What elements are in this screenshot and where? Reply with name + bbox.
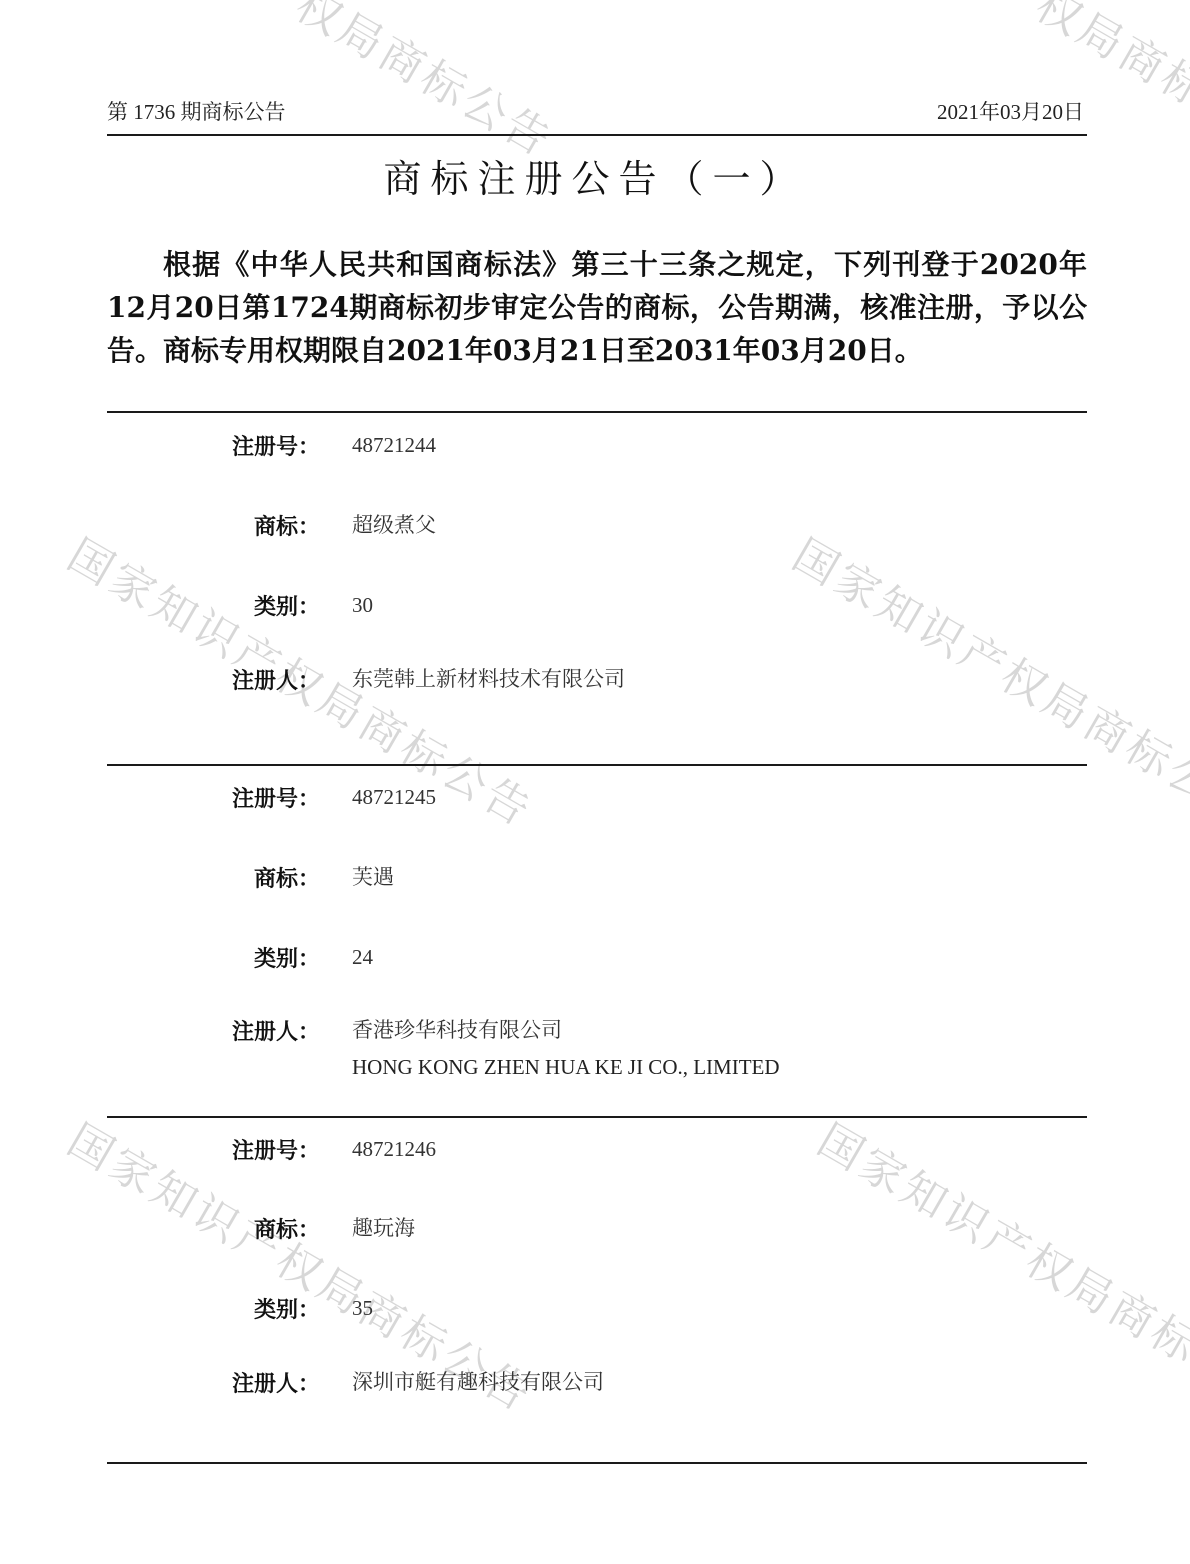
- registrant-label: 注册人：: [232, 1367, 320, 1398]
- mark-field: 商标： 芙遇: [0, 862, 1190, 892]
- reg-no-field: 注册号： 48721244: [0, 430, 1190, 460]
- section-divider: [107, 764, 1087, 766]
- reg-no-label: 注册号：: [232, 782, 320, 813]
- announcement-page: 国家知识产权局商标公告 国家知识产权局商标公告 国家知识产权局商标公告 国家知识…: [0, 0, 1190, 1564]
- registrant-field: 注册人： 香港珍华科技有限公司 HONG KONG ZHEN HUA KE JI…: [0, 1015, 1190, 1045]
- reg-no-label: 注册号：: [232, 430, 320, 461]
- header-divider: [107, 134, 1087, 136]
- registrant-label: 注册人：: [232, 1015, 320, 1046]
- reg-no-field: 注册号： 48721245: [0, 782, 1190, 812]
- registrant-value: 深圳市艇有趣科技有限公司: [352, 1367, 604, 1397]
- mark-value: 超级煮父: [352, 510, 436, 540]
- page-title: 商标注册公告（一）: [0, 148, 1190, 203]
- reg-no-value: 48721244: [352, 430, 436, 460]
- reg-no-value: 48721245: [352, 782, 436, 812]
- class-field: 类别： 30: [0, 590, 1190, 620]
- class-label: 类别：: [254, 942, 320, 973]
- mark-label: 商标：: [254, 862, 320, 893]
- mark-label: 商标：: [254, 510, 320, 541]
- class-value: 30: [352, 590, 373, 620]
- mark-value: 芙遇: [352, 862, 394, 892]
- watermark: 国家知识产权局商标公告: [78, 0, 567, 169]
- registrant-value: 东莞韩上新材料技术有限公司: [352, 664, 625, 694]
- class-value: 35: [352, 1293, 373, 1323]
- class-label: 类别：: [254, 590, 320, 621]
- registrant-label: 注册人：: [232, 664, 320, 695]
- issue-date: 2021年03月20日: [937, 96, 1084, 126]
- section-divider: [107, 1116, 1087, 1118]
- class-field: 类别： 24: [0, 942, 1190, 972]
- class-value: 24: [352, 942, 373, 972]
- section-divider: [107, 1462, 1087, 1464]
- class-label: 类别：: [254, 1293, 320, 1324]
- reg-no-field: 注册号： 48721246: [0, 1134, 1190, 1164]
- mark-value: 趣玩海: [352, 1213, 415, 1243]
- reg-no-value: 48721246: [352, 1134, 436, 1164]
- watermark: 国家知识产权局商标公告: [818, 0, 1190, 169]
- intro-paragraph: 根据《中华人民共和国商标法》第三十三条之规定，下列刊登于2020年12月20日第…: [107, 243, 1087, 372]
- registrant-value: 香港珍华科技有限公司 HONG KONG ZHEN HUA KE JI CO.,…: [352, 1015, 780, 1082]
- mark-field: 商标： 超级煮父: [0, 510, 1190, 540]
- mark-label: 商标：: [254, 1213, 320, 1244]
- mark-field: 商标： 趣玩海: [0, 1213, 1190, 1243]
- class-field: 类别： 35: [0, 1293, 1190, 1323]
- reg-no-label: 注册号：: [232, 1134, 320, 1165]
- registrant-name-en: HONG KONG ZHEN HUA KE JI CO., LIMITED: [352, 1052, 780, 1082]
- registrant-field: 注册人： 深圳市艇有趣科技有限公司: [0, 1367, 1190, 1397]
- registrant-field: 注册人： 东莞韩上新材料技术有限公司: [0, 664, 1190, 694]
- section-divider: [107, 411, 1087, 413]
- registrant-name-cn: 香港珍华科技有限公司: [352, 1018, 562, 1042]
- issue-number: 第 1736 期商标公告: [107, 96, 286, 126]
